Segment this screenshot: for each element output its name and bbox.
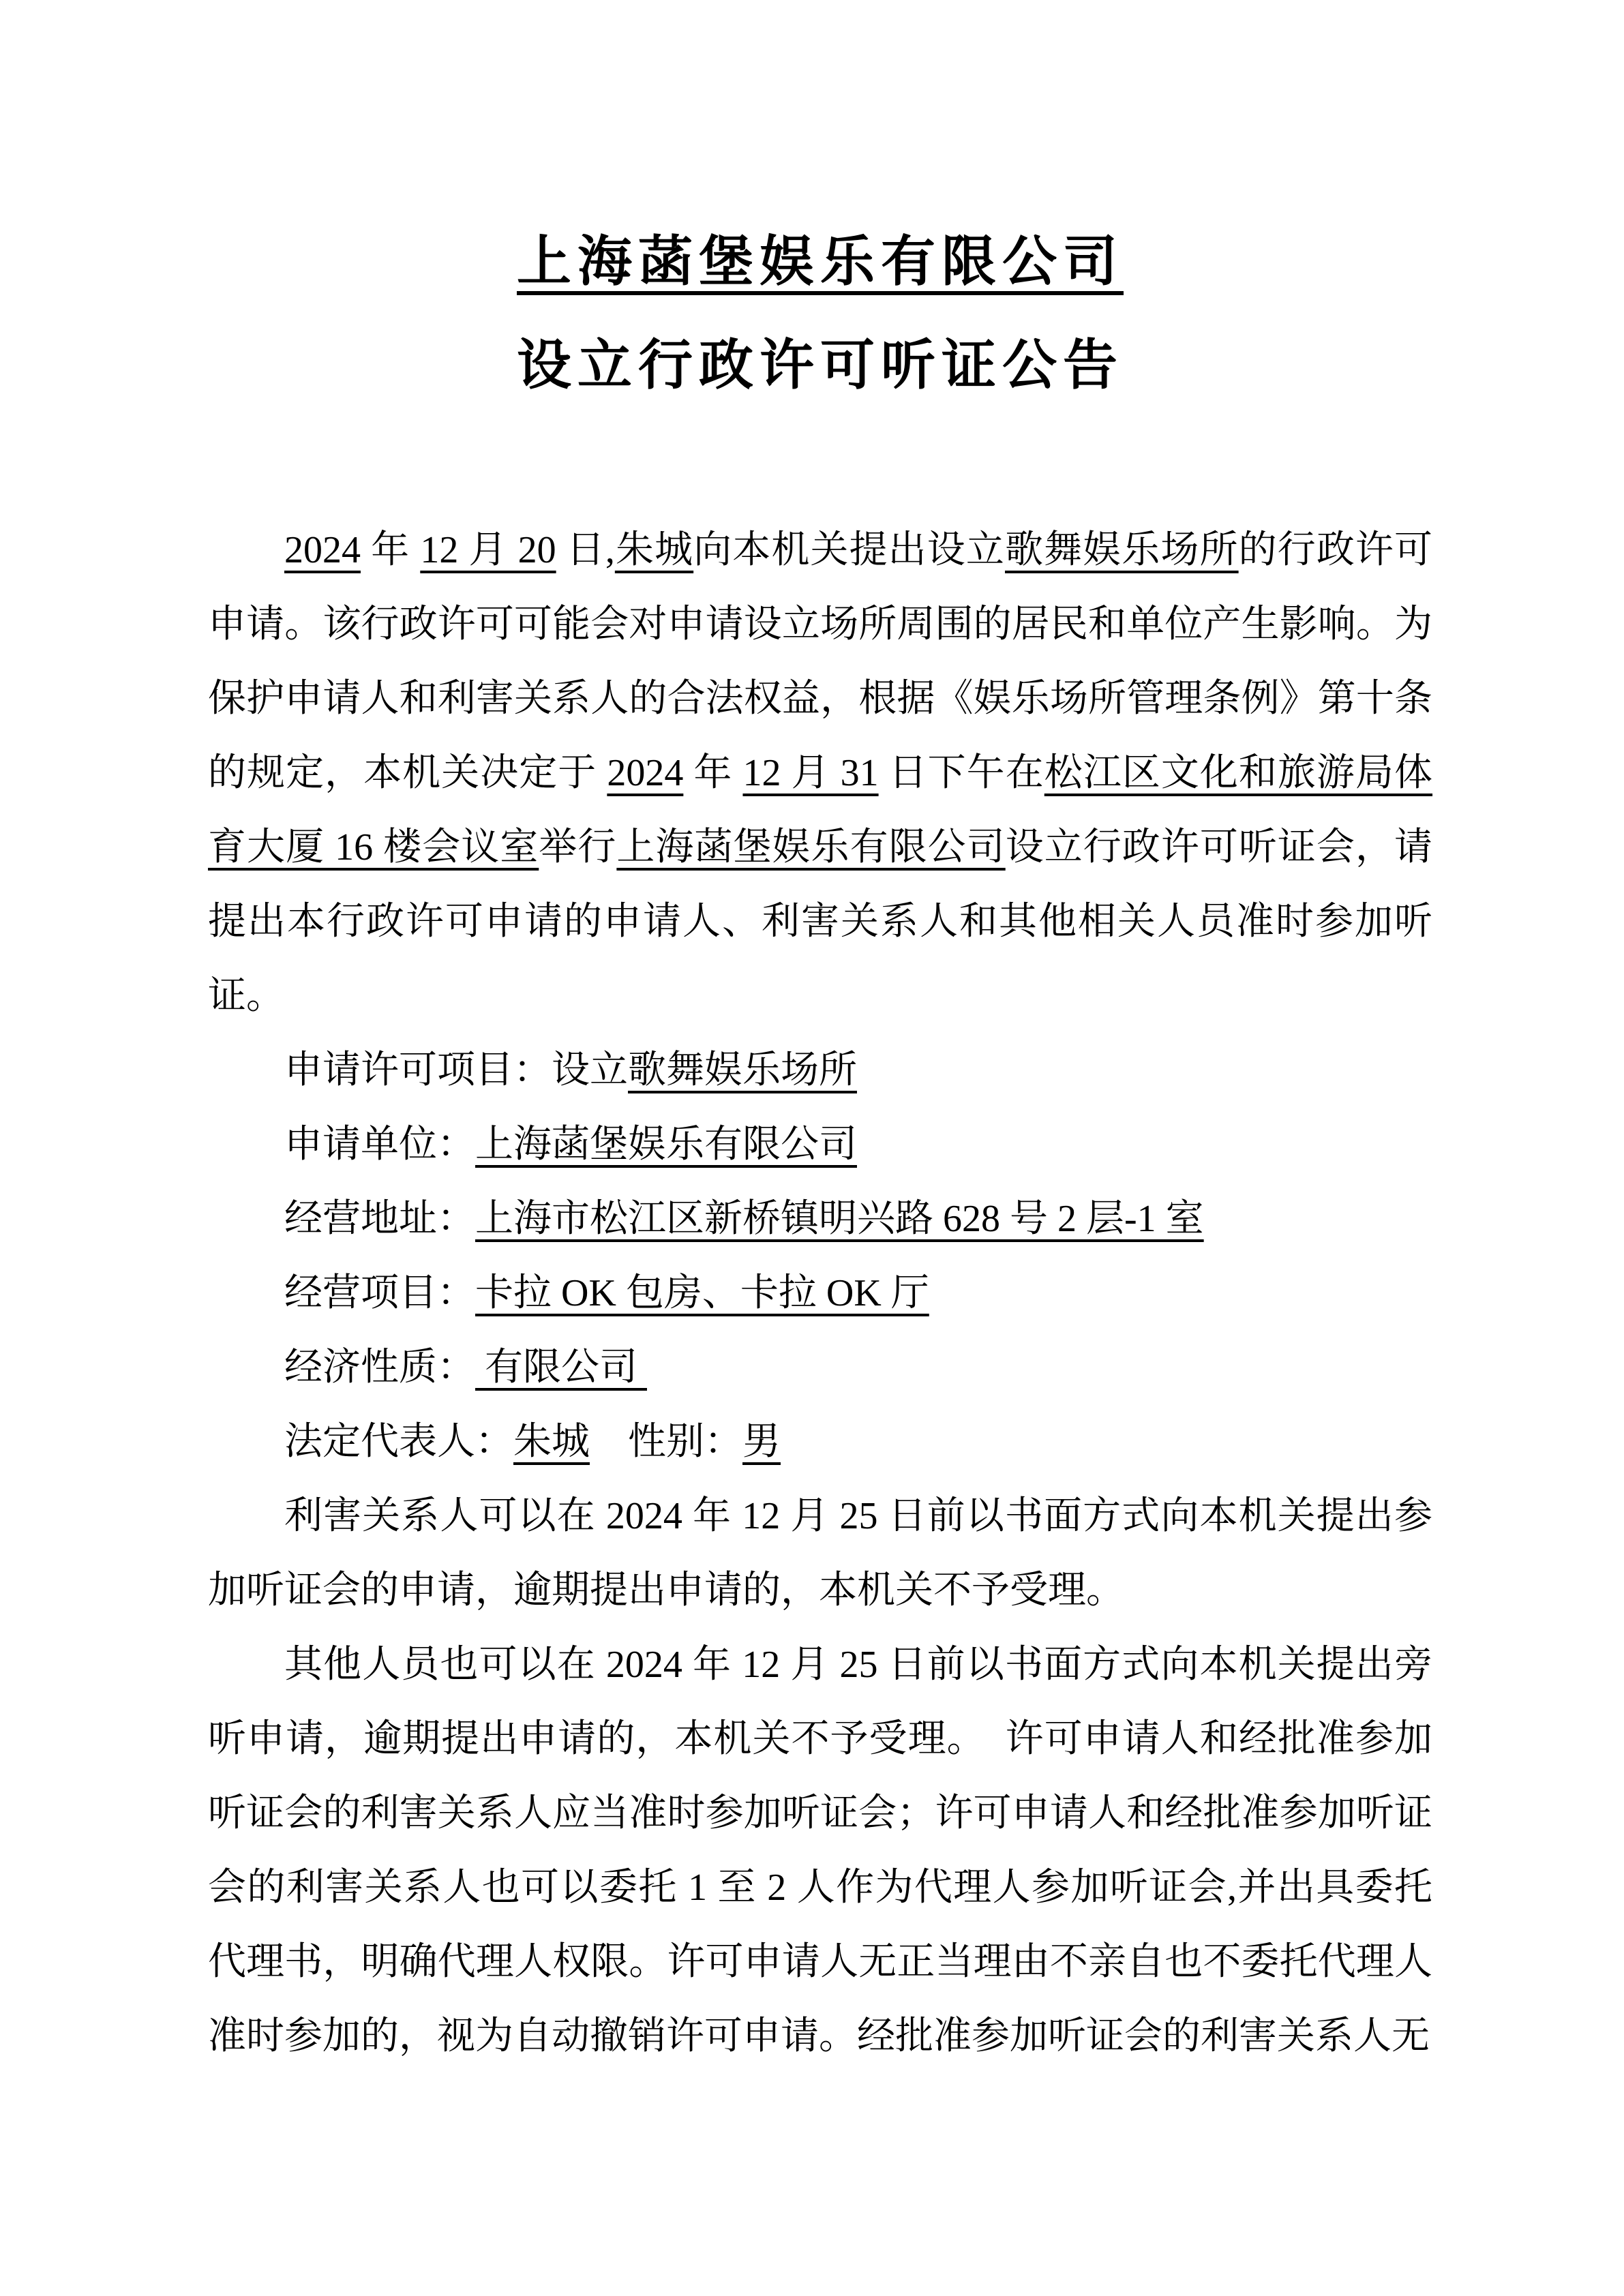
text-segment: 年 — [361, 529, 420, 571]
underlined-text-segment: 朱城 — [615, 529, 693, 571]
title-notice-type: 设立行政许可听证公告 — [208, 314, 1432, 418]
underlined-text-segment: 卡拉 OK 包房、卡拉 OK 厅 — [475, 1272, 929, 1314]
document-page: 上海菡堡娱乐有限公司 设立行政许可听证公告 2024 年 12 月 20 日,朱… — [0, 0, 1624, 2296]
field-business-items: 经营项目：卡拉 OK 包房、卡拉 OK 厅 — [208, 1256, 1432, 1331]
underlined-text-segment: 12 月 31 — [742, 752, 878, 794]
text-segment: 年 — [683, 752, 742, 794]
document-body: 2024 年 12 月 20 日,朱城向本机关提出设立歌舞娱乐场所的行政许可申请… — [208, 513, 1432, 2074]
field-license-project: 申请许可项目：设立歌舞娱乐场所 — [208, 1033, 1432, 1108]
others-paragraph: 其他人员也可以在 2024 年 12 月 25 日前以书面方式向本机关提出旁听申… — [208, 1628, 1432, 2074]
intro-paragraph: 2024 年 12 月 20 日,朱城向本机关提出设立歌舞娱乐场所的行政许可申请… — [208, 513, 1432, 1033]
text-segment: 利害关系人可以在 2024 年 12 月 25 日前以书面方式向本机关提出参加听… — [208, 1495, 1432, 1612]
text-segment: 其他人员也可以在 2024 年 12 月 25 日前以书面方式向本机关提出旁听申… — [208, 1644, 1432, 2057]
underlined-text-segment: 2024 — [284, 529, 361, 571]
text-segment: 性别： — [590, 1421, 742, 1463]
underlined-text-segment: 歌舞娱乐场所 — [1005, 529, 1239, 571]
field-business-address: 经营地址：上海市松江区新桥镇明兴路 628 号 2 层-1 室 — [208, 1182, 1432, 1256]
text-segment: 经营地址： — [284, 1198, 475, 1240]
document-content: 上海菡堡娱乐有限公司 设立行政许可听证公告 2024 年 12 月 20 日,朱… — [208, 0, 1432, 2074]
underlined-text-segment: 上海菡堡娱乐有限公司 — [616, 826, 1005, 868]
document-title: 上海菡堡娱乐有限公司 设立行政许可听证公告 — [208, 211, 1432, 418]
field-legal-representative: 法定代表人：朱城 性别：男 — [208, 1405, 1432, 1479]
underlined-text-segment: 歌舞娱乐场所 — [628, 1049, 857, 1091]
underlined-text-segment: 12 月 20 — [420, 529, 556, 571]
underlined-text-segment: 有限公司 — [475, 1346, 647, 1389]
text-segment: 举行 — [539, 826, 616, 868]
field-economic-nature: 经济性质： 有限公司 — [208, 1331, 1432, 1405]
underlined-text-segment: 上海市松江区新桥镇明兴路 628 号 2 层-1 室 — [475, 1198, 1204, 1240]
stakeholders-paragraph: 利害关系人可以在 2024 年 12 月 25 日前以书面方式向本机关提出参加听… — [208, 1479, 1432, 1628]
underlined-text-segment: 朱城 — [513, 1421, 590, 1463]
text-segment: 申请许可项目：设立 — [284, 1049, 628, 1091]
text-segment: 向本机关提出设立 — [693, 529, 1005, 571]
title-company-name: 上海菡堡娱乐有限公司 — [208, 211, 1432, 314]
application-details: 申请许可项目：设立歌舞娱乐场所 申请单位：上海菡堡娱乐有限公司 经营地址：上海市… — [208, 1033, 1432, 1479]
text-segment: 日下午在 — [879, 752, 1044, 794]
field-applicant-unit: 申请单位：上海菡堡娱乐有限公司 — [208, 1108, 1432, 1182]
text-segment: 经济性质： — [284, 1346, 475, 1389]
text-segment: 法定代表人： — [284, 1421, 513, 1463]
underlined-text-segment: 男 — [742, 1421, 781, 1463]
text-segment: 日, — [556, 529, 615, 571]
text-segment: 经营项目： — [284, 1272, 475, 1314]
underlined-text-segment: 上海菡堡娱乐有限公司 — [475, 1123, 857, 1166]
underlined-text-segment: 2024 — [607, 752, 683, 794]
text-segment: 申请单位： — [284, 1123, 475, 1166]
